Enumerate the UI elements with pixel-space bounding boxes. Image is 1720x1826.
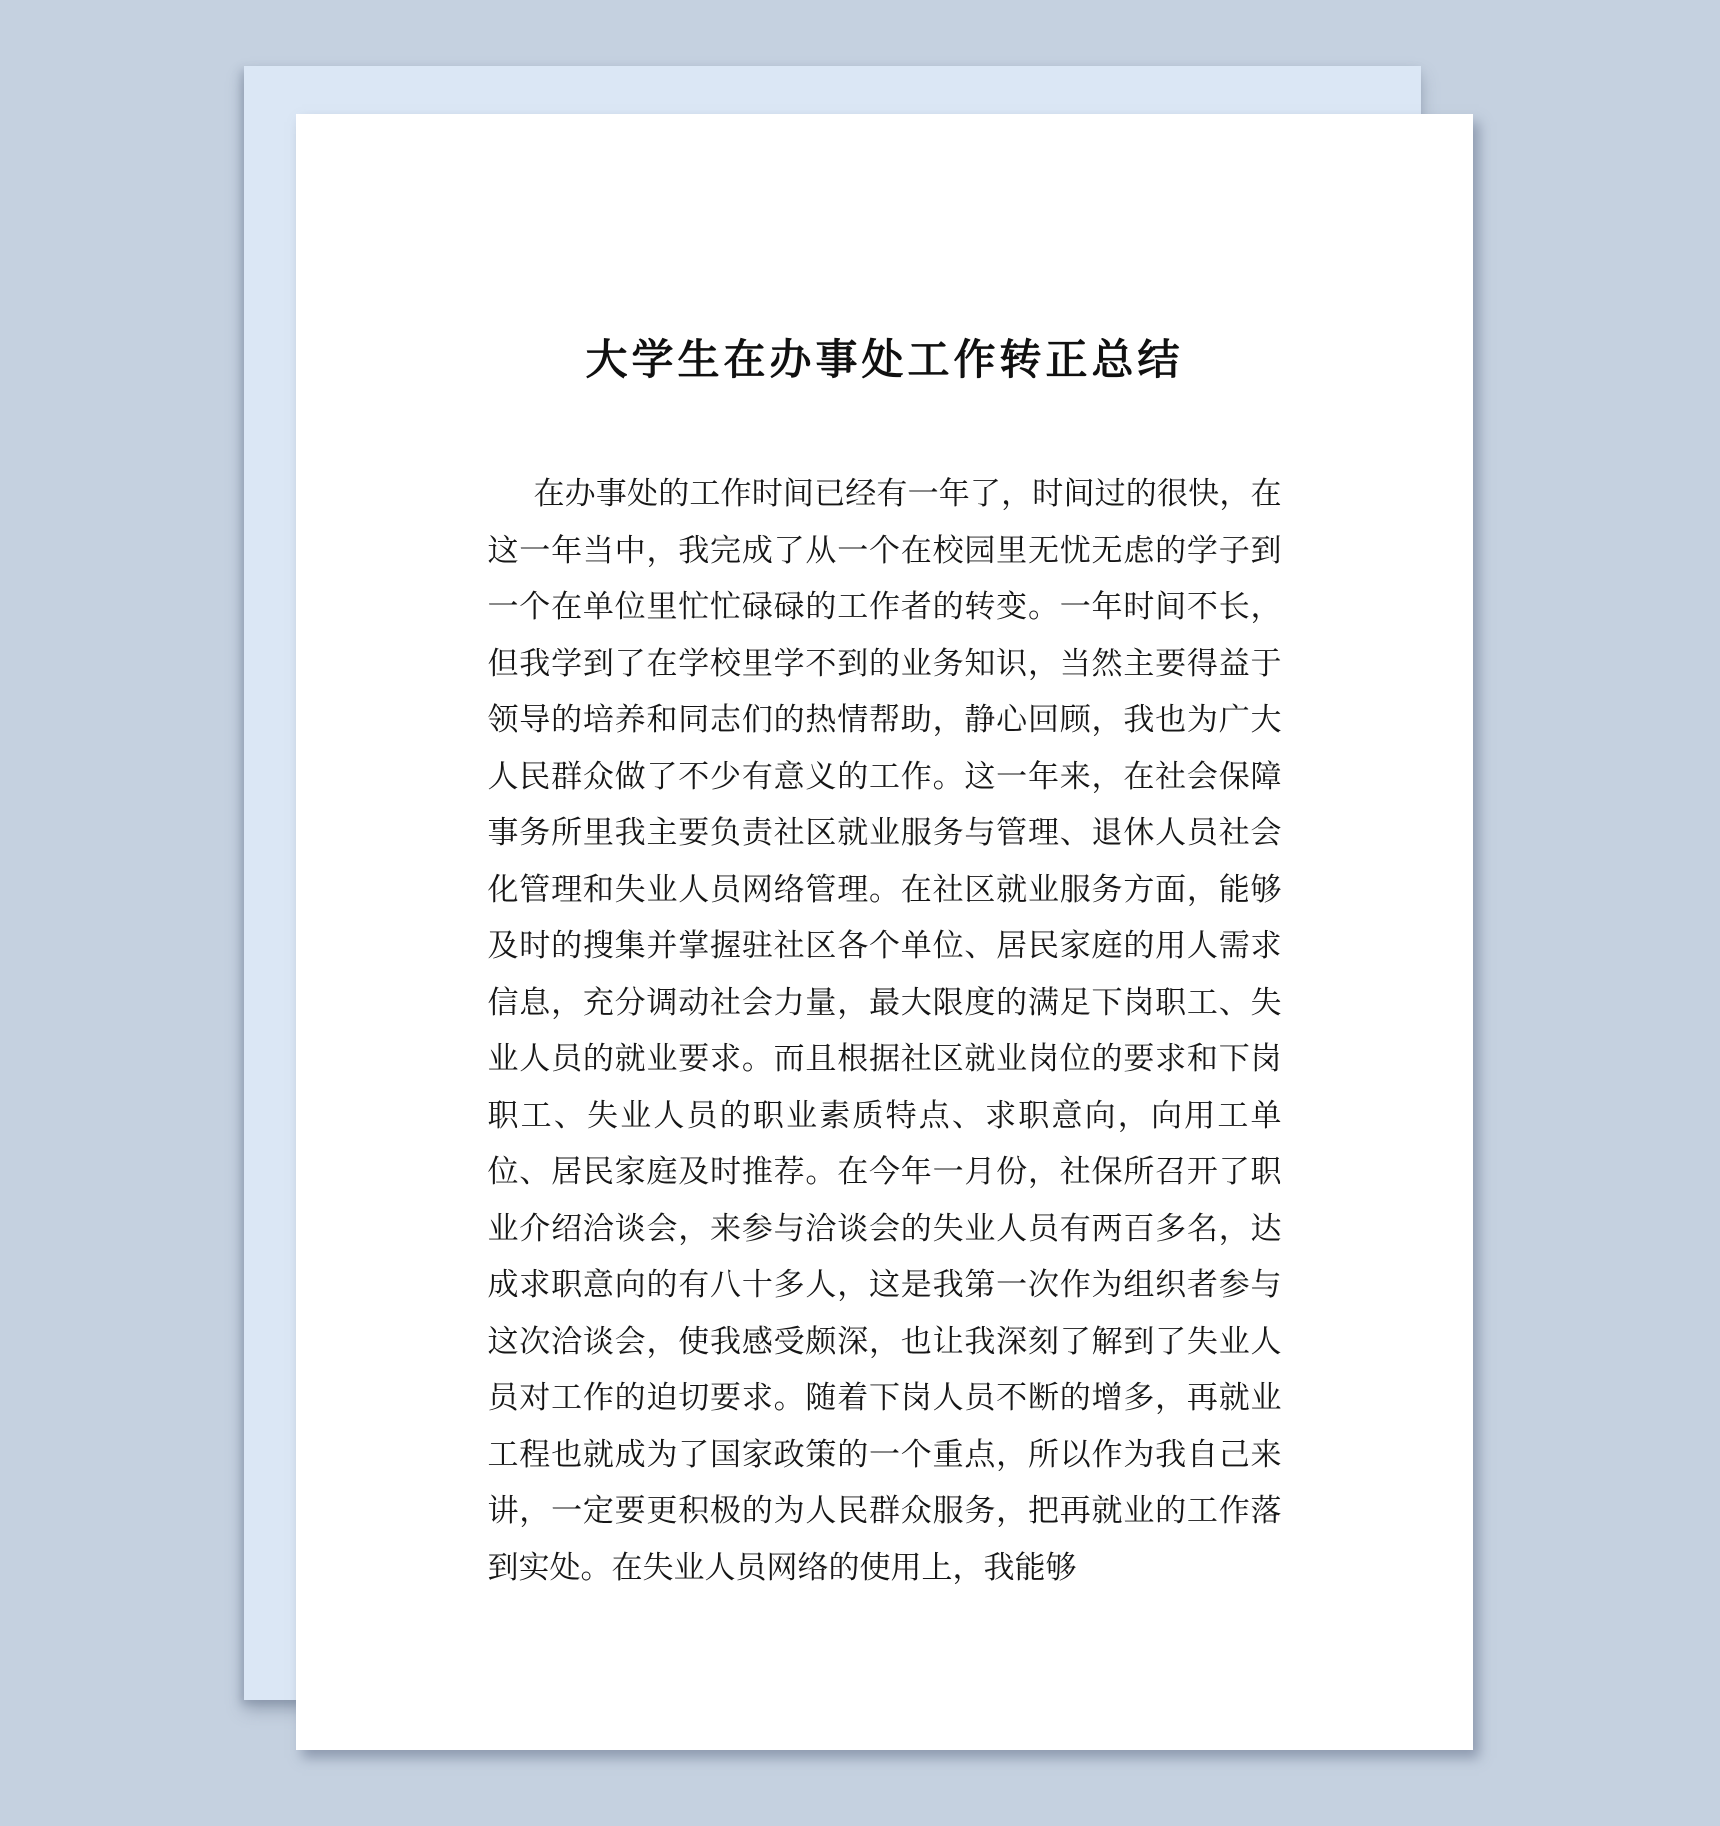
document-page: 大学生在办事处工作转正总结 在办事处的工作时间已经有一年了，时间过的很快，在这一…	[296, 114, 1473, 1750]
desktop-background: { "document": { "title": "大学生在办事处工作转正总结"…	[0, 0, 1720, 1826]
document-body-paragraph: 在办事处的工作时间已经有一年了，时间过的很快，在这一年当中，我完成了从一个在校园…	[488, 466, 1282, 1596]
document-title: 大学生在办事处工作转正总结	[296, 336, 1473, 384]
